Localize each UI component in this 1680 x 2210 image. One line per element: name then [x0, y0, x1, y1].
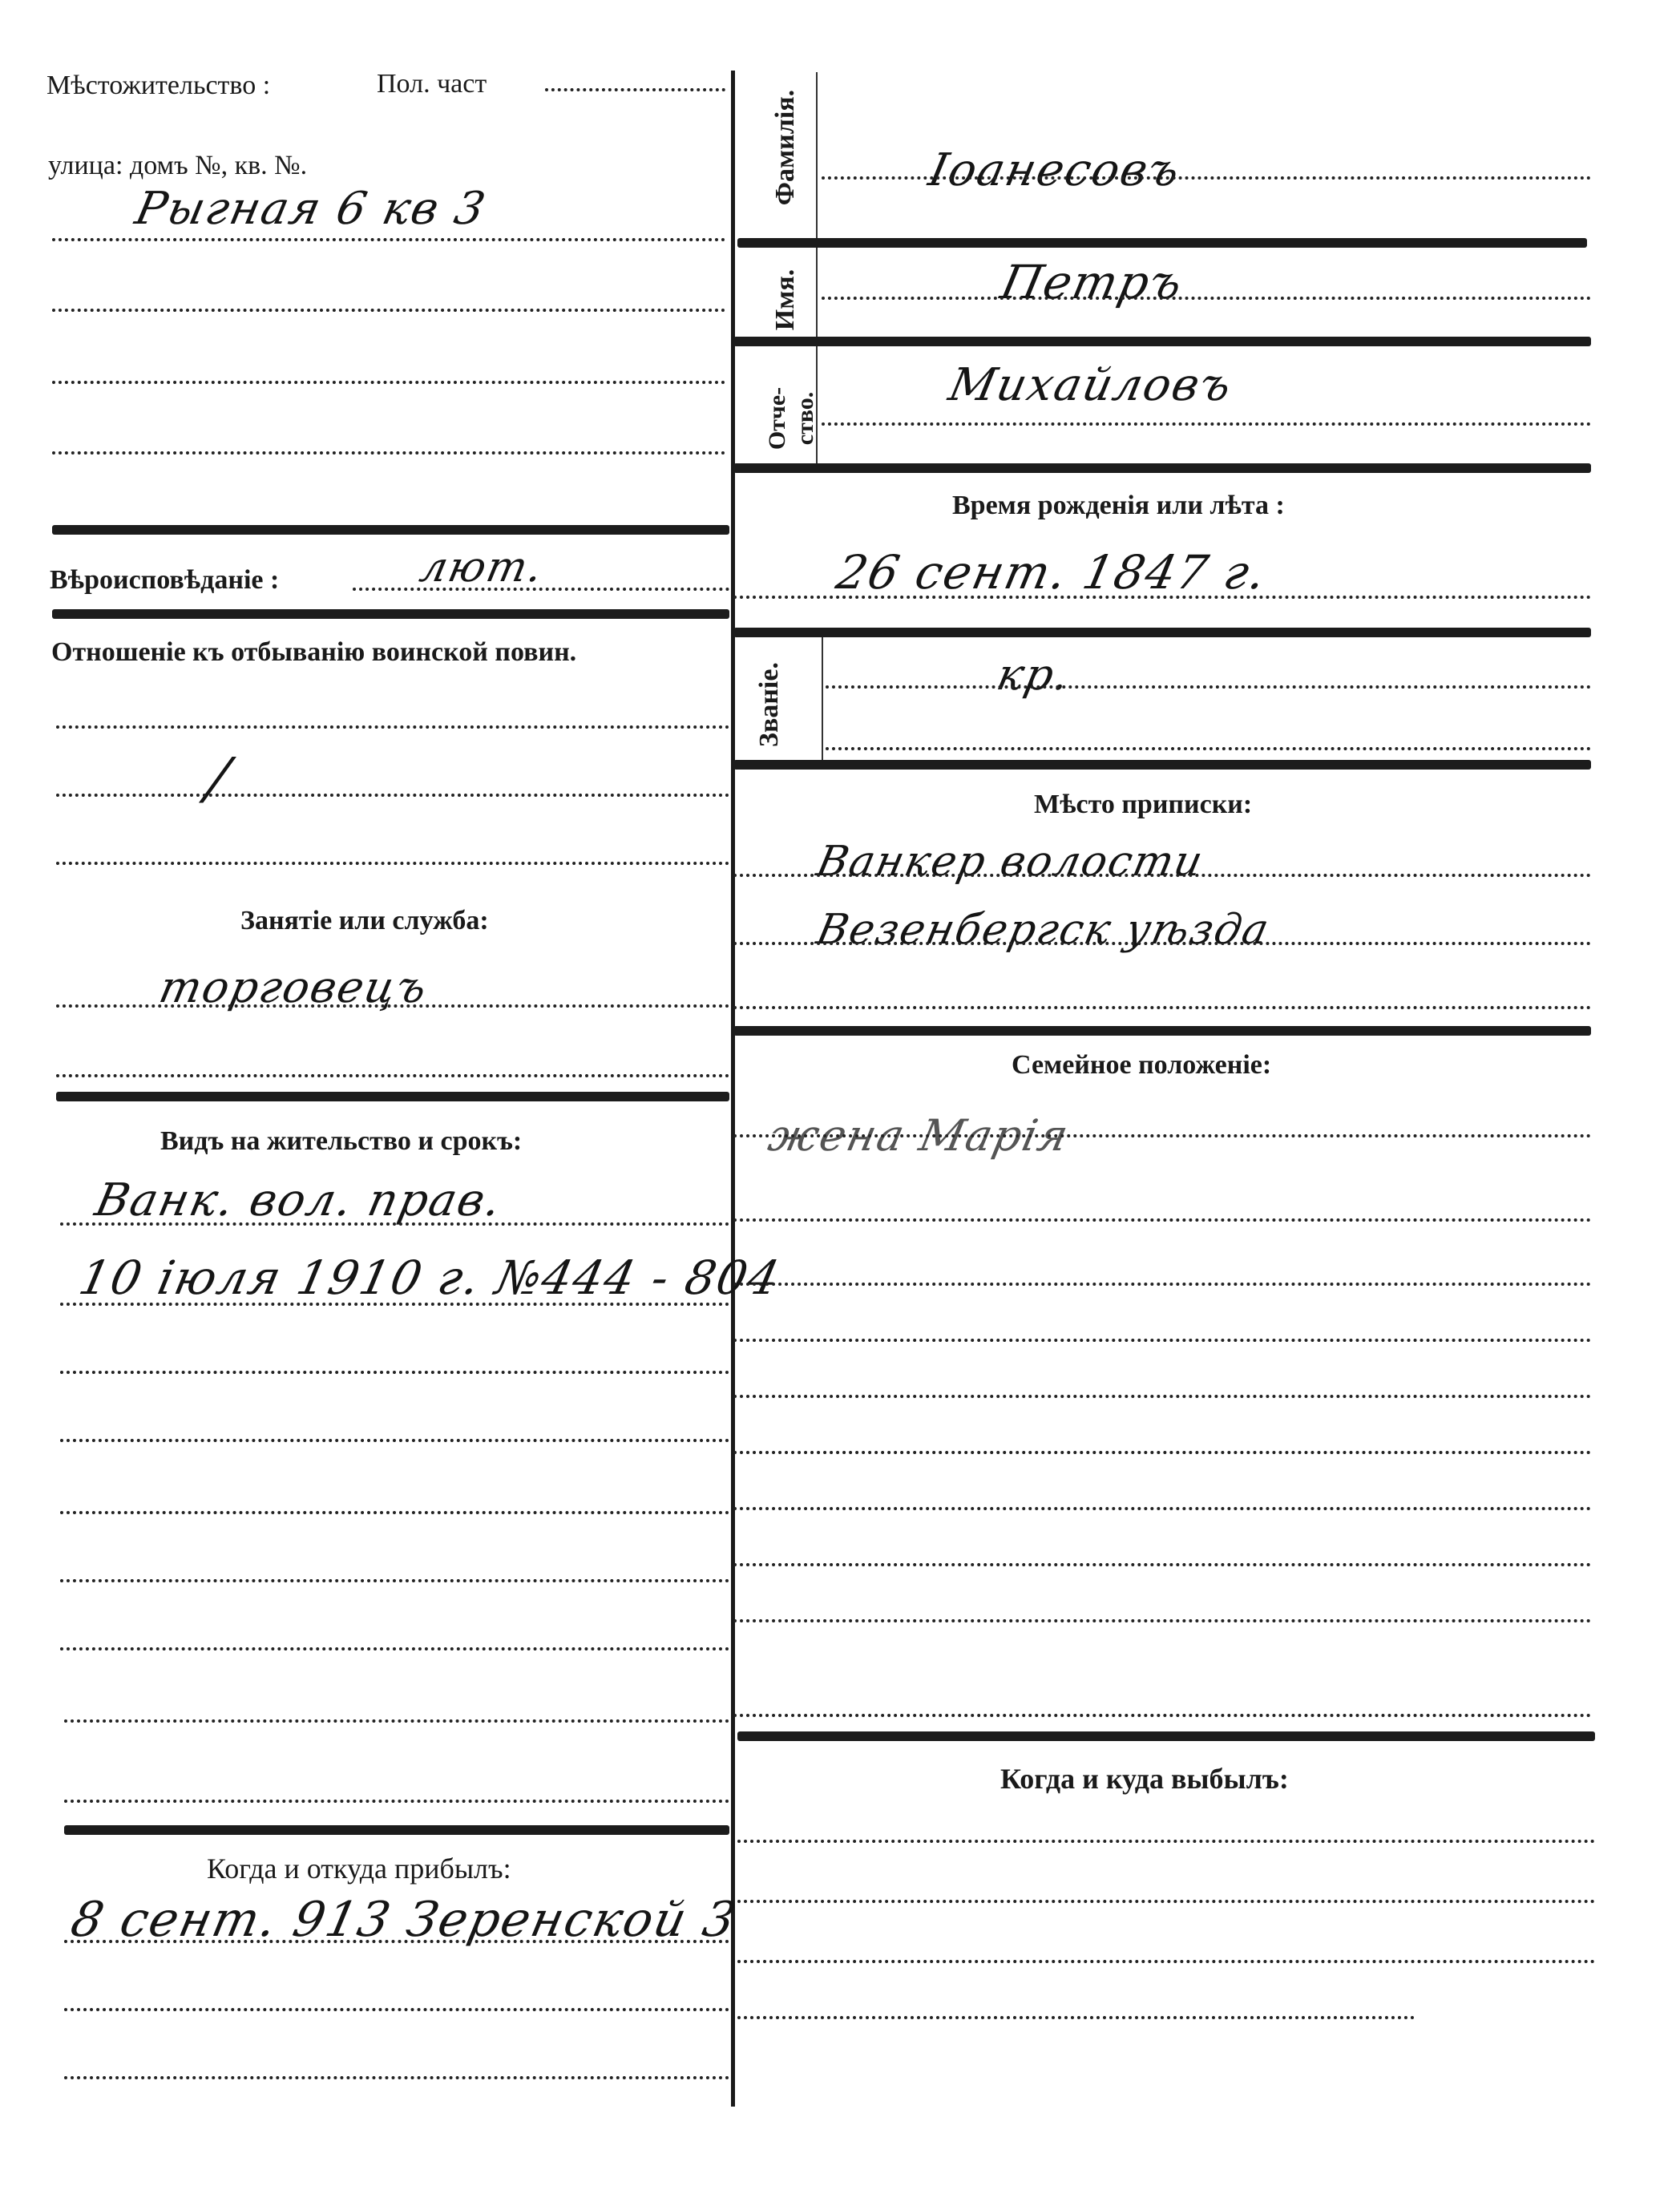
departure-label: Когда и куда выбылъ:	[1000, 1762, 1289, 1796]
registration-place-value-1: Ванкер волости	[813, 838, 1209, 886]
section-divider	[64, 1825, 729, 1835]
line	[60, 1579, 729, 1582]
line	[737, 1900, 1595, 1903]
section-divider	[733, 1026, 1591, 1036]
line	[60, 1222, 729, 1226]
line	[56, 1004, 729, 1008]
line	[60, 1303, 729, 1306]
line	[737, 2016, 1415, 2019]
line	[733, 1218, 1591, 1222]
religion-label: Вѣроисповѣданіе :	[50, 565, 279, 596]
line	[56, 1074, 729, 1077]
line	[56, 794, 729, 797]
line	[52, 309, 725, 312]
estate-line-2	[826, 747, 1591, 750]
residence-permit-label: Видъ на жительство и срокъ:	[160, 1126, 522, 1157]
patronymic-value: Михайловъ	[944, 359, 1238, 411]
section-divider	[733, 463, 1591, 473]
line	[733, 1619, 1591, 1622]
line	[52, 238, 725, 241]
patronymic-label-1: Отче-	[764, 366, 791, 471]
line	[733, 942, 1591, 945]
surname-label: Фамилія.	[770, 67, 801, 228]
line	[733, 1563, 1591, 1566]
line	[733, 1451, 1591, 1454]
line	[64, 1800, 729, 1803]
section-divider	[737, 238, 1587, 248]
religion-line	[353, 588, 729, 591]
registration-place-value-2: Везенбергск уѣзда	[813, 906, 1274, 954]
line	[60, 1647, 729, 1650]
arrival-label: Когда и откуда прибылъ:	[207, 1852, 511, 1885]
line	[733, 1395, 1591, 1398]
section-divider	[737, 1731, 1595, 1741]
estate-value: кр.	[992, 649, 1075, 700]
military-service-value: /	[201, 745, 236, 811]
line	[56, 862, 729, 865]
registration-place-label: Мѣсто приписки:	[1034, 790, 1252, 820]
label-column-divider-rank	[822, 637, 823, 762]
first-name-line	[822, 297, 1591, 300]
patronymic-label-2: ство.	[792, 366, 819, 471]
column-divider	[731, 71, 735, 2107]
section-divider	[52, 609, 729, 619]
surname-value: Іоанесовъ	[924, 144, 1185, 196]
surname-line	[822, 176, 1591, 180]
line	[60, 1511, 729, 1514]
line	[64, 2076, 729, 2079]
line	[52, 451, 725, 455]
birth-value: 26 сент. 1847 г.	[832, 545, 1272, 600]
religion-value: лют.	[416, 543, 548, 592]
estate-label: Званіе.	[754, 640, 785, 769]
estate-line	[826, 685, 1591, 689]
line	[64, 1940, 729, 1943]
residence-permit-value-2: 10 іюля 1910 г. №444 - 804	[75, 1250, 785, 1305]
patronymic-line	[822, 422, 1591, 426]
section-divider	[733, 337, 1591, 346]
birth-line	[733, 596, 1591, 599]
occupation-label: Занятіе или служба:	[240, 906, 489, 936]
section-divider	[733, 760, 1591, 770]
line	[60, 1439, 729, 1442]
residence-district-line	[545, 88, 725, 91]
street-label: улица: домъ №, кв. №.	[48, 151, 307, 181]
residence-label: Мѣстожительство :	[46, 71, 270, 101]
line	[733, 1714, 1591, 1717]
line	[733, 1507, 1591, 1510]
line	[52, 381, 725, 384]
marital-status-label: Семейное положеніе:	[1012, 1050, 1271, 1081]
birth-label: Время рожденія или лѣта :	[952, 491, 1285, 521]
residence-value: Рыгная 6 кв 3	[131, 183, 491, 235]
departure-line	[737, 1840, 1595, 1843]
section-divider	[52, 525, 729, 535]
section-divider	[56, 1092, 729, 1101]
section-divider	[733, 628, 1591, 637]
line	[733, 1134, 1591, 1137]
first-name-value: Петръ	[996, 255, 1189, 309]
line	[60, 1371, 729, 1374]
line	[737, 1960, 1595, 1963]
line	[733, 1283, 1591, 1286]
line	[64, 2008, 729, 2011]
residence-district-label: Пол. част	[377, 69, 487, 99]
line	[56, 725, 729, 729]
line	[733, 874, 1591, 877]
line	[733, 1339, 1591, 1342]
military-service-label: Отношеніе къ отбыванію воинской повин.	[51, 637, 576, 668]
line	[64, 1719, 729, 1723]
line	[733, 1006, 1591, 1009]
residence-permit-value-1: Ванк. вол. прав.	[91, 1174, 507, 1226]
